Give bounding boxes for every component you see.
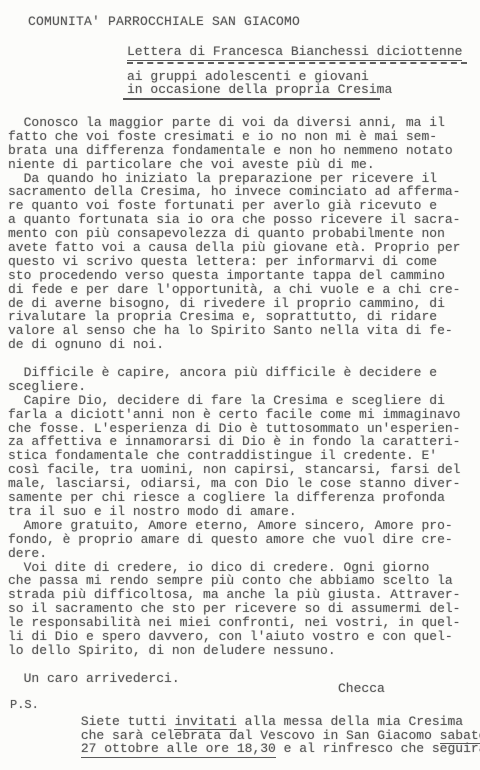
text-line: che fosse. L'esperienza di Dio è tuttoso… <box>8 422 474 436</box>
text-line: brata una differenza fondamentale e non … <box>8 144 474 158</box>
text-line: che passa mi rendo sempre più conto che … <box>8 574 474 588</box>
text-line: de di averne bisogno, di rivedere il pro… <box>8 297 474 311</box>
text-line: re quanto voi foste fortunati per averlo… <box>8 199 474 213</box>
text-line: Da quando ho iniziato la preparazione pe… <box>8 172 474 186</box>
ps-text: che sarà celebrata dal Vescovo in San Gi… <box>81 728 440 743</box>
text-line: scegliere. <box>8 380 474 394</box>
text-line: li di Dio e spero davvero, con l'aiuto v… <box>8 630 474 644</box>
text-line: questo vi scrivo questa lettera: per inf… <box>8 255 474 269</box>
text-line: così facile, tra uomini, non capirsi, st… <box>8 463 474 477</box>
text-line: Difficile è capire, ancora più difficile… <box>8 366 474 380</box>
scanned-letter-page: COMUNITA' PARROCCHIALE SAN GIACOMO Lette… <box>0 0 480 770</box>
postscript-block: Siete tutti invitati alla messa della mi… <box>34 701 480 742</box>
ps-underlined-text: 27 ottobre alle ore 18,30 <box>81 741 276 758</box>
text-line: a quanto fortunata sia io ora che posso … <box>8 213 474 227</box>
text-line: valore al senso che ha lo Spirito Santo … <box>8 324 474 338</box>
text-line: le responsabilità nei miei confronti, ne… <box>8 616 474 630</box>
text-line: mento con più consapevolezza di quanto p… <box>8 227 474 241</box>
text-line: strada più difficoltosa, ma anche la più… <box>8 588 474 602</box>
letter-subtitle-occasion: in occasione della propria Cresima <box>127 82 392 97</box>
letter-title-underlined: Lettera di Francesca Bianchessi diciotte… <box>127 44 462 61</box>
text-line: za affettiva e innamorarsi di Dio è in f… <box>8 435 474 449</box>
text-line: so il sacramento che sto per ricevere so… <box>8 602 474 616</box>
postscript-line: Siete tutti invitati alla messa della mi… <box>34 701 480 715</box>
text-line: rivalutare la propria Cresima e, sopratt… <box>8 310 474 324</box>
text-line: male, lasciarsi, odiarsi, ma con Dio le … <box>8 477 474 491</box>
text-line: Un caro arrivederci. <box>8 672 474 686</box>
subtitle-horizontal-rule <box>123 98 380 100</box>
parish-header: COMUNITA' PARROCCHIALE SAN GIACOMO <box>28 14 300 29</box>
letter-body: Conosco la maggior parte di voi da diver… <box>8 116 474 686</box>
text-line: sto procedendo verso questa importante t… <box>8 269 474 283</box>
text-line: Capire Dio, decidere di fare la Cresima … <box>8 394 474 408</box>
text-line: Voi dite di credere, io dico di credere.… <box>8 561 474 575</box>
text-line: de di ognuno di noi. <box>8 338 474 352</box>
text-line: samente per chi riesce a cogliere la dif… <box>8 491 474 505</box>
ps-text: alla messa della mia Cresima <box>237 714 463 729</box>
text-line: lo dello Spirito, di non deludere nessun… <box>8 644 474 658</box>
text-line: di fede e per dare l'opportunità, a chi … <box>8 283 474 297</box>
text-line: dere. <box>8 547 474 561</box>
ps-text: e al rinfresco che seguirà. <box>276 741 480 756</box>
text-line: farla a diciott'anni non è certo facile … <box>8 408 474 422</box>
text-line <box>8 658 474 672</box>
signature: Checca <box>338 681 385 696</box>
text-line: fatto che voi foste cresimati e io no no… <box>8 130 474 144</box>
text-line: avete fatto voi a causa della più giovan… <box>8 241 474 255</box>
text-line: Amore gratuito, Amore eterno, Amore sinc… <box>8 519 474 533</box>
ps-text: Siete tutti <box>81 714 175 729</box>
text-line: niente di particolare che voi aveste più… <box>8 158 474 172</box>
text-line: sacramento della Cresima, ho invece comi… <box>8 185 474 199</box>
text-line: fondo, è proprio amare di questo amore c… <box>8 533 474 547</box>
title-double-underline <box>127 62 467 64</box>
text-line: Conosco la maggior parte di voi da diver… <box>8 116 474 130</box>
text-line <box>8 352 474 366</box>
text-line: tra il suo e il nostro modo di amare. <box>8 505 474 519</box>
text-line: stica fondamentale che contraddistingue … <box>8 449 474 463</box>
